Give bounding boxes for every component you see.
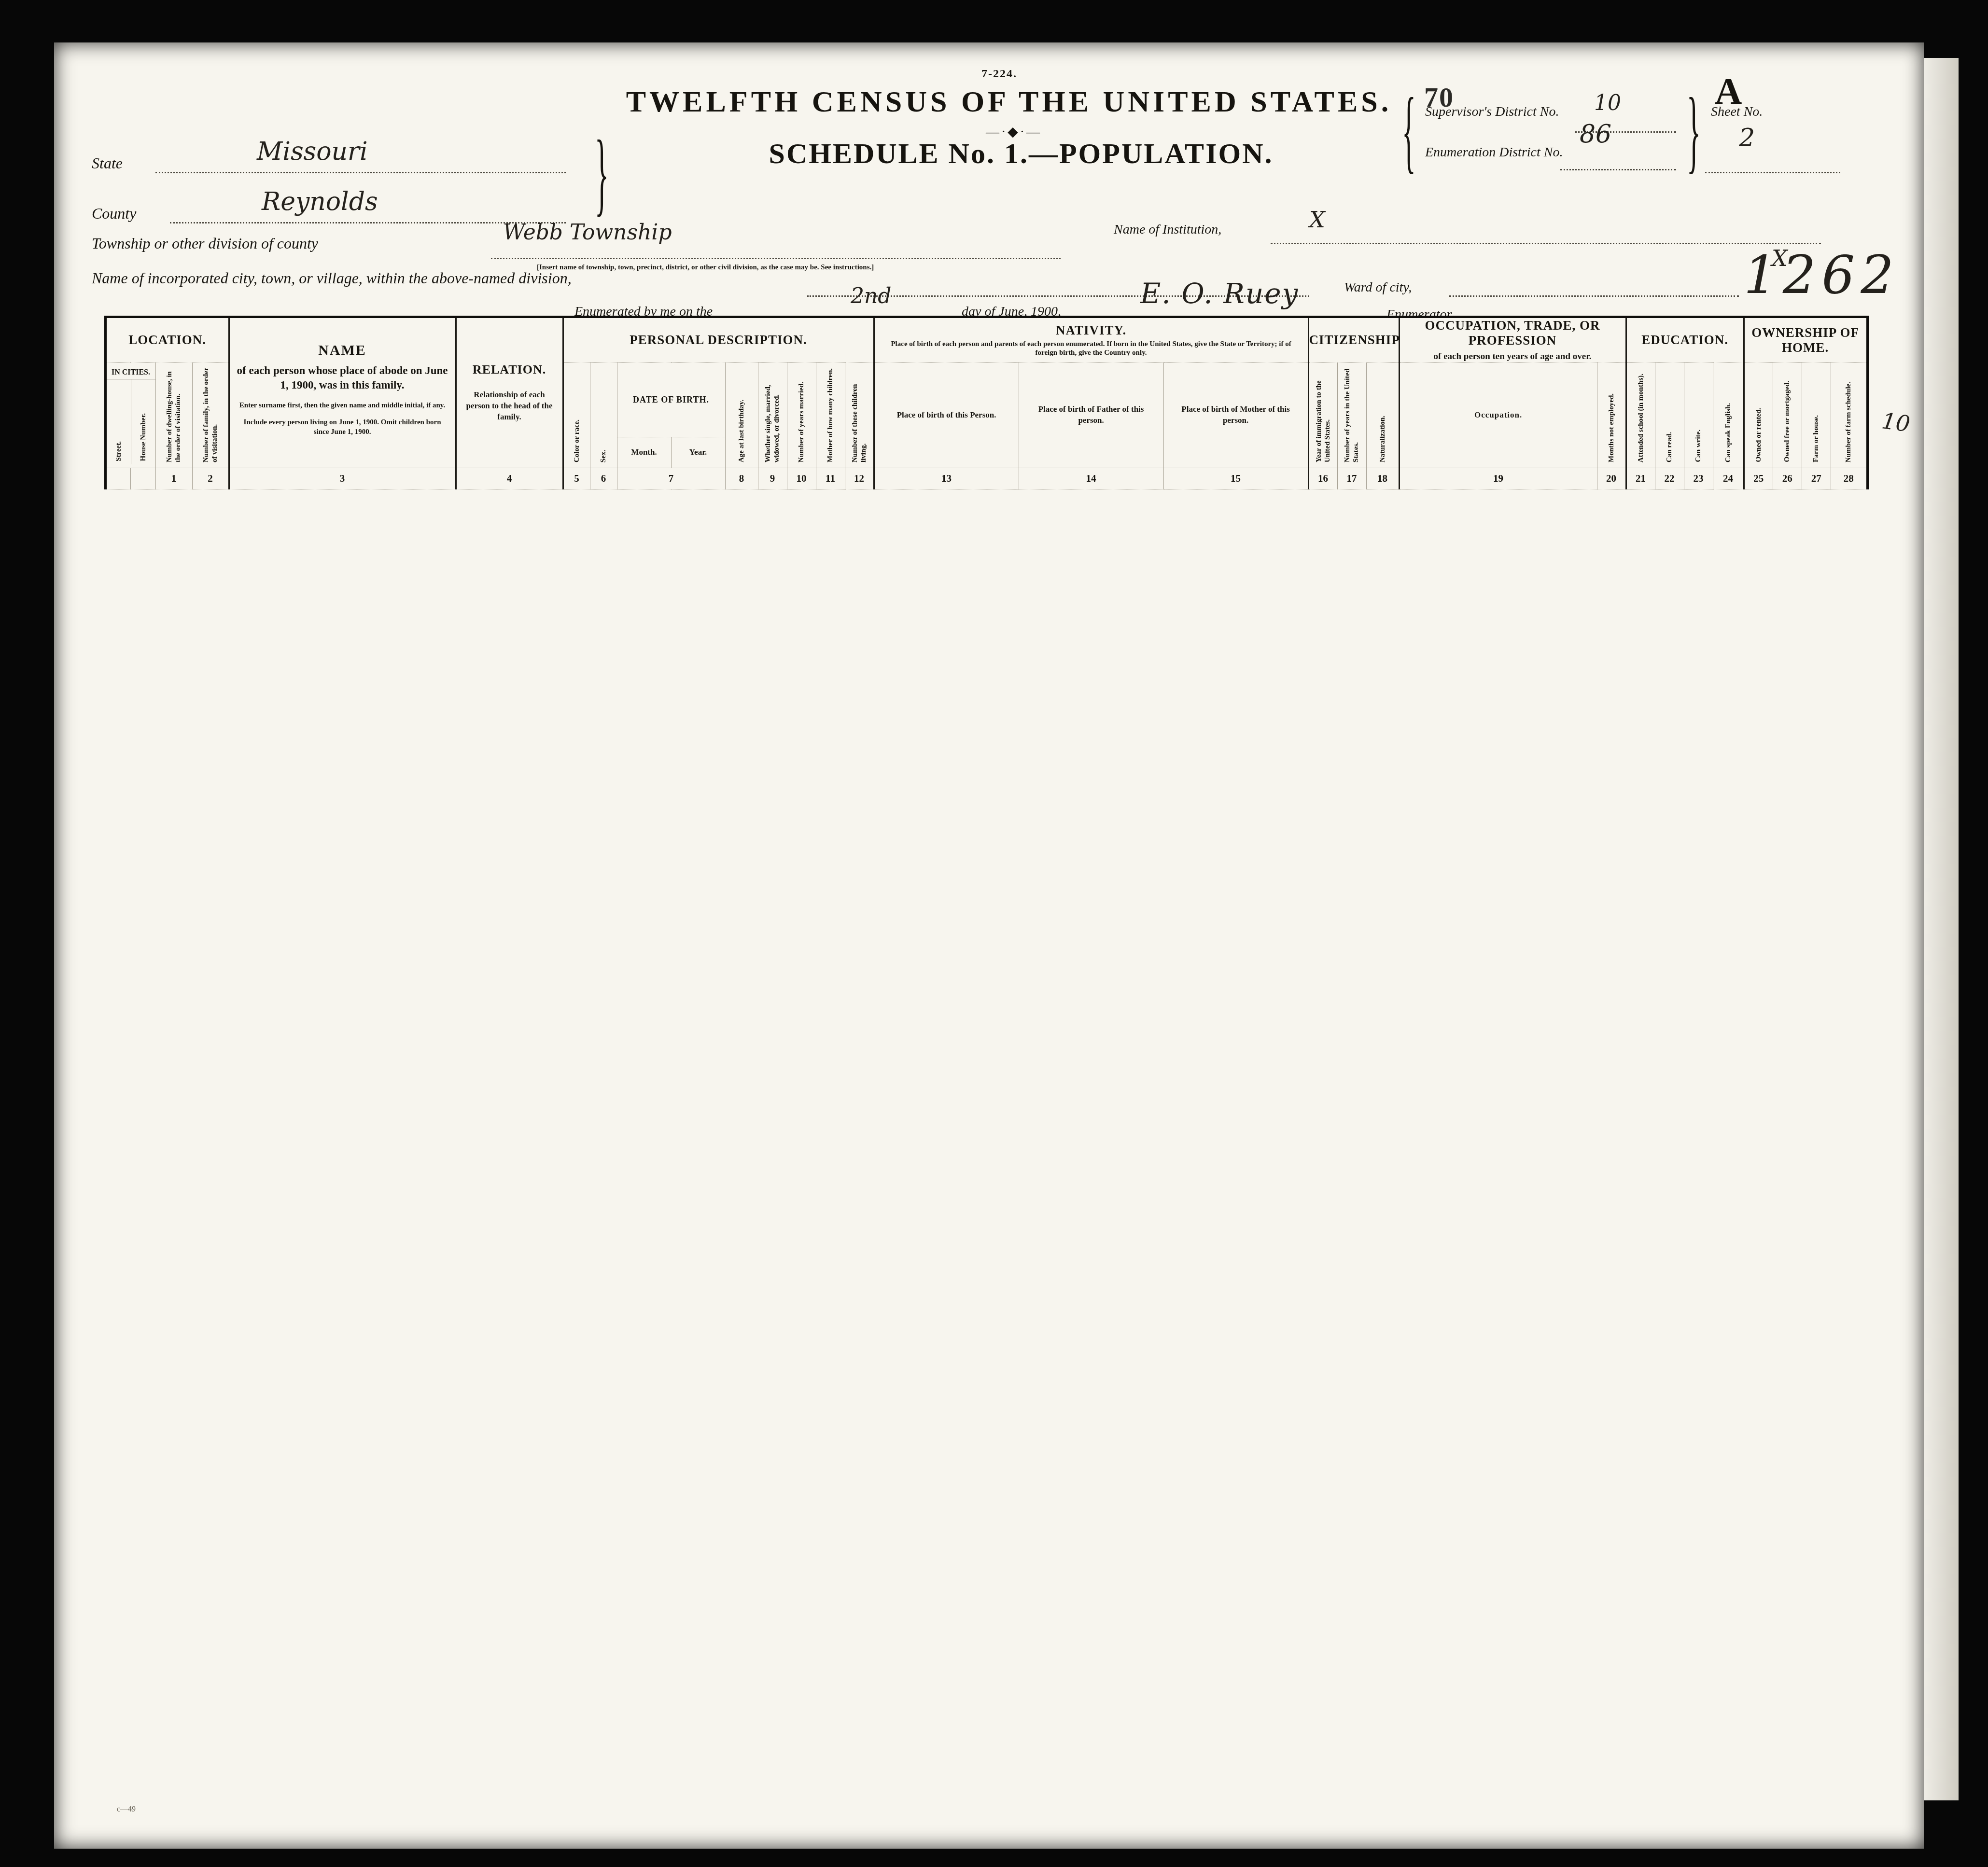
mother-children-header: Mother of how many children. — [816, 362, 845, 468]
can-write-header: Can write. — [1684, 362, 1713, 468]
sheet-label: Sheet No. — [1711, 104, 1763, 120]
immigration-header: Year of immigration to the United States… — [1308, 362, 1337, 468]
township-note: [Insert name of township, town, precinct… — [537, 264, 874, 272]
column-number: 19 — [1399, 468, 1597, 489]
column-number: 8 — [725, 468, 758, 489]
column-number: 6 — [590, 468, 617, 489]
column-number: 10 — [787, 468, 816, 489]
census-sheet: 7-224. TWELFTH CENSUS OF THE UNITED STAT… — [54, 42, 1924, 1849]
county-value: Reynolds — [262, 187, 378, 216]
column-number: 4 — [456, 468, 563, 489]
institution-line — [1271, 243, 1821, 244]
enumerated-day: 2nd — [851, 284, 892, 308]
can-read-header: Can read. — [1655, 362, 1684, 468]
farm-schedule-label: Number of farm schedule. — [1843, 379, 1854, 465]
occupation-desc: of each person ten years of age and over… — [1400, 348, 1625, 362]
marital-header: Whether single, married, widowed, or div… — [758, 362, 787, 468]
township-line — [491, 258, 1061, 259]
nativity-title: NATIVITY. — [875, 323, 1308, 338]
left-brace: } — [595, 121, 609, 227]
nativity-group-header: NATIVITY. Place of birth of each person … — [874, 317, 1308, 363]
row-number-header-left — [83, 317, 105, 489]
sex-header: Sex. — [590, 362, 617, 468]
column-number: 17 — [1337, 468, 1366, 489]
location-group-header: LOCATION. — [105, 317, 229, 363]
name-group-header: NAME of each person whose place of abode… — [229, 317, 456, 468]
naturalization-label: Naturalization. — [1377, 413, 1388, 465]
column-number: 23 — [1684, 468, 1713, 489]
name-desc: of each person whose place of abode on J… — [237, 363, 448, 392]
sheet-value: 2 — [1739, 124, 1755, 153]
farm-schedule-header: Number of farm schedule. — [1831, 362, 1867, 468]
street-header: Street. — [113, 438, 124, 464]
pob-person-header: Place of birth of this Person. — [874, 362, 1019, 468]
dwelling-number-label: Number of dwelling-house, in the order o… — [164, 363, 183, 465]
free-mortgaged-label: Owned free or mortgaged. — [1782, 378, 1792, 465]
owned-rented-label: Owned or rented. — [1753, 405, 1764, 465]
supervisor-value: 10 — [1594, 91, 1621, 115]
column-number: 7 — [617, 468, 725, 489]
city-label: Name of incorporated city, town, or vill… — [92, 269, 572, 287]
column-number: 2 — [192, 468, 229, 489]
months-not-employed-label: Months not employed. — [1606, 390, 1617, 465]
column-numbers-row: 1234567891011121314151617181920212223242… — [83, 468, 1895, 489]
sheet-line — [1705, 172, 1840, 173]
relation-title: RELATION. — [457, 362, 562, 377]
free-mortgaged-header: Owned free or mortgaged. — [1773, 362, 1802, 468]
enumeration-value: 86 — [1580, 120, 1611, 149]
name-title: NAME — [237, 342, 448, 359]
table-header: LOCATION. NAME of each person whose plac… — [83, 317, 1895, 489]
township-label: Township or other division of county — [92, 235, 318, 252]
district-brace-open: { — [1402, 78, 1416, 185]
in-cities-header: IN CITIES. Street. House Number. — [105, 362, 155, 468]
marital-label: Whether single, married, widowed, or div… — [763, 363, 782, 465]
farm-house-label: Farm or house. — [1811, 412, 1821, 465]
owned-rented-header: Owned or rented. — [1744, 362, 1773, 468]
family-number-label: Number of family, in the order of visita… — [201, 363, 220, 465]
house-number-header: House Number. — [138, 410, 149, 464]
dwelling-number-header: Number of dwelling-house, in the order o… — [155, 362, 192, 468]
relation-group-header: RELATION. Relationship of each person to… — [456, 317, 563, 468]
can-write-label: Can write. — [1693, 427, 1704, 465]
in-cities-label: IN CITIES. — [107, 366, 155, 379]
column-number: 25 — [1744, 468, 1773, 489]
education-group-header: EDUCATION. — [1626, 317, 1744, 363]
township-value: Webb Township — [503, 220, 672, 245]
month-header: Month. — [617, 437, 671, 468]
nativity-desc: Place of birth of each person and parent… — [875, 338, 1308, 358]
farm-house-header: Farm or house. — [1802, 362, 1831, 468]
column-number: 26 — [1773, 468, 1802, 489]
institution-mark: X — [1309, 207, 1325, 233]
scanned-census-page: { "page": { "form_no": "7-224.", "title"… — [0, 0, 1988, 1867]
ward-line — [1449, 295, 1739, 297]
children-living-label: Number of these children living. — [850, 363, 869, 465]
page-title: TWELFTH CENSUS OF THE UNITED STATES. — [626, 85, 1392, 119]
margin-number: 1262 — [1744, 245, 1900, 306]
column-number: 24 — [1713, 468, 1744, 489]
age-header: Age at last birthday. — [725, 362, 758, 468]
can-speak-label: Can speak English. — [1723, 400, 1734, 465]
column-number: 9 — [758, 468, 787, 489]
personal-description-group-header: PERSONAL DESCRIPTION. — [563, 317, 874, 363]
relation-desc: Relationship of each person to the head … — [457, 390, 562, 423]
enumeration-label: Enumeration District No. — [1425, 145, 1563, 160]
supervisor-label: Supervisor's District No. — [1425, 104, 1559, 120]
population-schedule-table: LOCATION. NAME of each person whose plac… — [83, 316, 1895, 489]
column-number: 20 — [1597, 468, 1626, 489]
column-number: 15 — [1163, 468, 1308, 489]
county-label: County — [92, 205, 136, 223]
occupation-title: OCCUPATION, TRADE, OR PROFESSION — [1400, 318, 1625, 348]
ownership-group-header: OWNERSHIP OF HOME. — [1744, 317, 1867, 363]
column-number — [105, 468, 130, 489]
years-in-us-label: Number of years in the United States. — [1342, 363, 1361, 465]
sex-label: Sex. — [598, 447, 609, 465]
pob-mother-header: Place of birth of Mother of this person. — [1163, 362, 1308, 468]
column-number: 13 — [874, 468, 1019, 489]
name-note2: Include every person living on June 1, 1… — [237, 418, 448, 437]
pob-father-header: Place of birth of Father of this person. — [1019, 362, 1163, 468]
months-not-employed-header: Months not employed. — [1597, 362, 1626, 468]
can-read-label: Can read. — [1664, 429, 1675, 465]
enumeration-line — [1560, 169, 1676, 170]
state-line — [155, 172, 566, 173]
column-number: 11 — [816, 468, 845, 489]
paper-edge-curl — [1924, 58, 1959, 1800]
column-number — [130, 468, 155, 489]
color-header: Color or race. — [563, 362, 590, 468]
column-number: 3 — [229, 468, 456, 489]
column-number: 21 — [1626, 468, 1655, 489]
family-number-header: Number of family, in the order of visita… — [192, 362, 229, 468]
column-number: 14 — [1019, 468, 1163, 489]
occupation-column-header: Occupation. — [1399, 362, 1597, 468]
years-married-label: Number of years married. — [796, 379, 807, 465]
row-number-header-right — [1867, 317, 1895, 489]
name-note1: Enter surname first, then the given name… — [237, 401, 448, 410]
ward-label: Ward of city, — [1344, 280, 1412, 295]
form-number: 7-224. — [981, 68, 1017, 81]
column-number: 22 — [1655, 468, 1684, 489]
children-living-header: Number of these children living. — [845, 362, 874, 468]
column-number: 27 — [1802, 468, 1831, 489]
year-header: Year. — [671, 437, 725, 468]
can-speak-header: Can speak English. — [1713, 362, 1744, 468]
years-married-header: Number of years married. — [787, 362, 816, 468]
occupation-group-header: OCCUPATION, TRADE, OR PROFESSION of each… — [1399, 317, 1626, 363]
schedule-subtitle: SCHEDULE No. 1.—POPULATION. — [769, 137, 1274, 170]
column-number: 28 — [1831, 468, 1867, 489]
column-number: 1 — [155, 468, 192, 489]
footer-code: c—49 — [117, 1805, 136, 1814]
color-label: Color or race. — [572, 417, 582, 465]
mother-children-label: Mother of how many children. — [825, 365, 836, 465]
enumerator-signature: E. O. Ruey — [1140, 277, 1299, 310]
age-label: Age at last birthday. — [736, 397, 747, 465]
state-value: Missouri — [257, 137, 368, 166]
column-number: 16 — [1308, 468, 1337, 489]
immigration-label: Year of immigration to the United States… — [1314, 363, 1333, 465]
column-number: 12 — [845, 468, 874, 489]
district-brace-close: } — [1687, 78, 1701, 185]
attended-school-header: Attended school (in months). — [1626, 362, 1655, 468]
institution-label: Name of Institution, — [1114, 222, 1221, 237]
dob-header: DATE OF BIRTH. — [617, 362, 725, 437]
attended-school-label: Attended school (in months). — [1636, 371, 1646, 465]
citizenship-group-header: CITIZENSHIP. — [1308, 317, 1399, 363]
years-in-us-header: Number of years in the United States. — [1337, 362, 1366, 468]
column-number: 5 — [563, 468, 590, 489]
naturalization-header: Naturalization. — [1366, 362, 1399, 468]
column-number: 18 — [1366, 468, 1399, 489]
state-label: State — [92, 154, 123, 172]
